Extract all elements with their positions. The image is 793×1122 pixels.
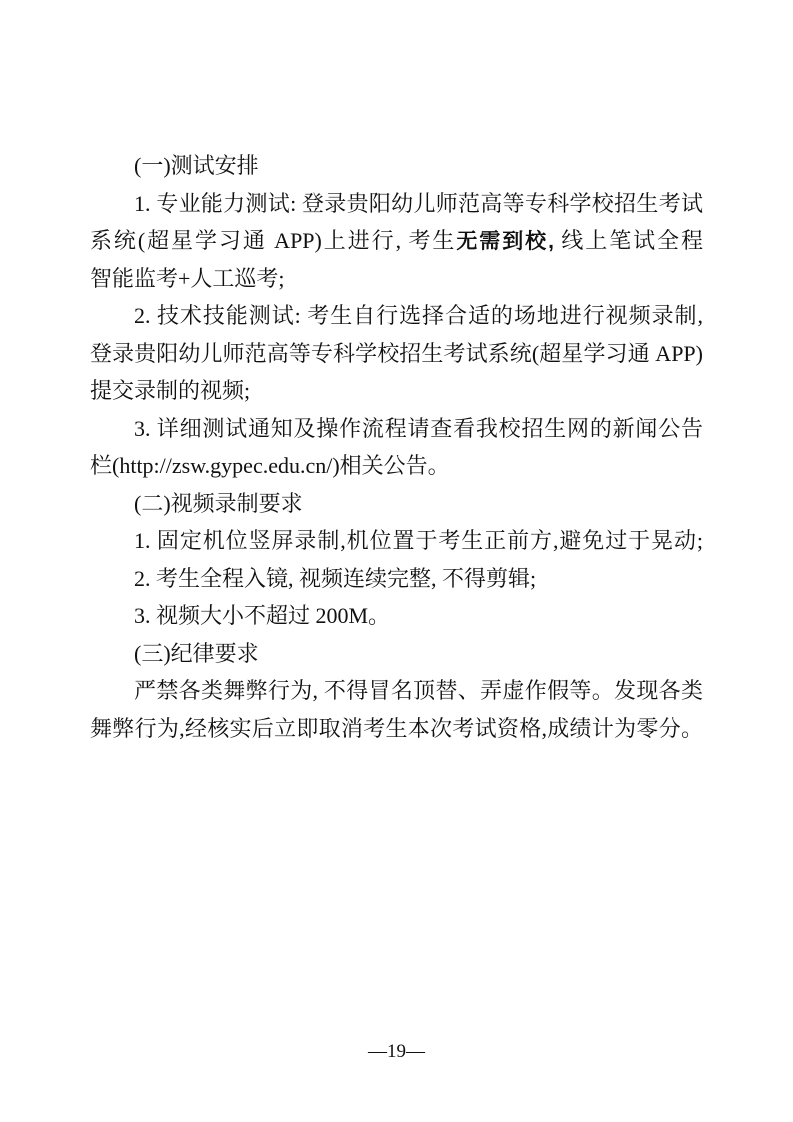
section-3-paragraph-line-2: 舞弊行为,经核实后立即取消考生本次考试资格,成绩计为零分。 xyxy=(90,710,703,748)
section-2-heading: (二)视频录制要求 xyxy=(90,485,703,523)
section-2-item-1: 1. 固定机位竖屏录制,机位置于考生正前方,避免过于晃动; xyxy=(90,522,703,560)
section-1-heading: (一)测试安排 xyxy=(90,147,703,185)
bold-emphasis-text: 无需到校, xyxy=(456,230,554,253)
section-1-item-1-line-2: 系统(超星学习通 APP)上进行, 考生无需到校, 线上笔试全程 xyxy=(90,222,703,260)
page-number: —19— xyxy=(0,1041,793,1063)
item-1-line-2-text-post: 线上笔试全程 xyxy=(554,228,703,253)
section-3-paragraph-line-1: 严禁各类舞弊行为, 不得冒名顶替、弄虚作假等。发现各类 xyxy=(90,672,703,710)
section-1-item-2-line-2: 登录贵阳幼儿师范高等专科学校招生考试系统(超星学习通 APP) xyxy=(90,335,703,373)
section-3-heading: (三)纪律要求 xyxy=(90,635,703,673)
item-1-line-2-text-pre: 系统(超星学习通 APP)上进行, 考生 xyxy=(90,228,456,253)
section-1-item-2-line-3: 提交录制的视频; xyxy=(90,372,703,410)
section-1-item-1-line-1: 1. 专业能力测试: 登录贵阳幼儿师范高等专科学校招生考试 xyxy=(90,185,703,223)
document-page: (一)测试安排 1. 专业能力测试: 登录贵阳幼儿师范高等专科学校招生考试 系统… xyxy=(0,0,793,1122)
section-1-item-1-line-3: 智能监考+人工巡考; xyxy=(90,260,703,298)
section-2-item-2: 2. 考生全程入镜, 视频连续完整, 不得剪辑; xyxy=(90,560,703,598)
document-content: (一)测试安排 1. 专业能力测试: 登录贵阳幼儿师范高等专科学校招生考试 系统… xyxy=(90,147,703,747)
section-1-item-2-line-1: 2. 技术技能测试: 考生自行选择合适的场地进行视频录制, xyxy=(90,297,703,335)
section-1-item-3-line-1: 3. 详细测试通知及操作流程请查看我校招生网的新闻公告 xyxy=(90,410,703,448)
section-2-item-3: 3. 视频大小不超过 200M。 xyxy=(90,597,703,635)
section-1-item-3-line-2-url: 栏(http://zsw.gypec.edu.cn/)相关公告。 xyxy=(90,447,703,485)
